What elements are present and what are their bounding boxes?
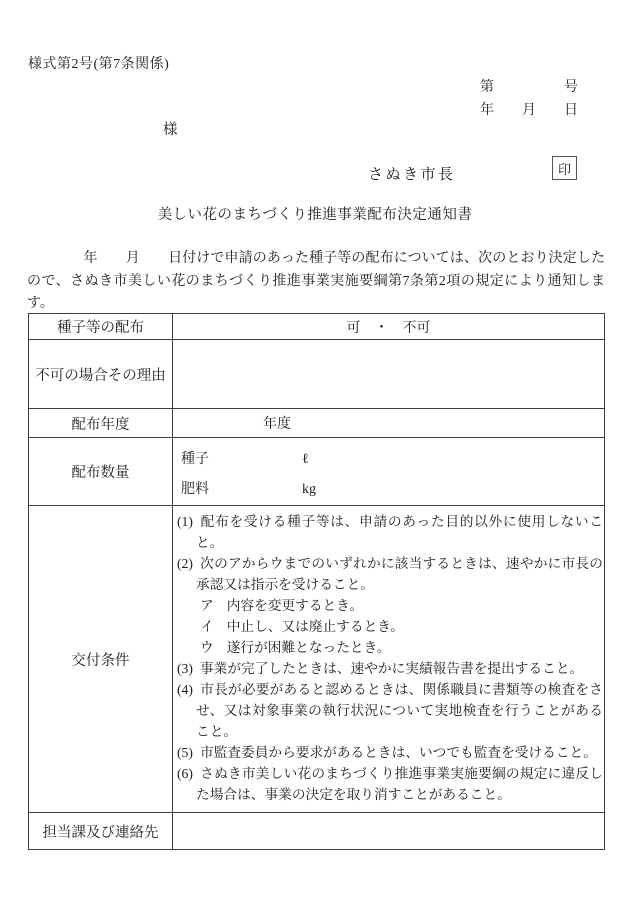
condition-number: イ bbox=[200, 619, 214, 634]
table-row-reason: 不可の場合その理由 bbox=[29, 340, 604, 409]
condition-text: 内容を変更するとき。 bbox=[227, 598, 363, 613]
form-table: 種子等の配布 可 ・ 不可 不可の場合その理由 配布年度 年度 配布数量 種子 … bbox=[28, 313, 605, 850]
condition-subitem-a: ア内容を変更するとき。 bbox=[177, 595, 604, 616]
row-value-quantity: 種子 ℓ 肥料 kg bbox=[173, 438, 604, 505]
quantity-line-fertilizer: 肥料 kg bbox=[181, 475, 604, 505]
row-label-distribution: 種子等の配布 bbox=[29, 314, 173, 339]
condition-number: (5) bbox=[177, 745, 193, 760]
condition-item-1: (1)配布を受ける種子等は、申請のあった目的以外に使用しないこと。 bbox=[177, 511, 604, 553]
date-line: 年 月 日 bbox=[480, 99, 578, 119]
row-label-fiscal-year: 配布年度 bbox=[29, 409, 173, 437]
row-value-distribution: 可 ・ 不可 bbox=[173, 314, 604, 339]
quantity-line-seed: 種子 ℓ bbox=[181, 445, 604, 475]
condition-item-2: (2)次のアからウまでのいずれかに該当するときは、速やかに市長の承認又は指示を受… bbox=[177, 553, 604, 595]
table-row-conditions: 交付条件 (1)配布を受ける種子等は、申請のあった目的以外に使用しないこと。 (… bbox=[29, 506, 604, 813]
condition-text: 遂行が困難となったとき。 bbox=[227, 640, 391, 655]
condition-text: 配布を受ける種子等は、申請のあった目的以外に使用しないこと。 bbox=[196, 514, 603, 550]
date-year-label: 年 bbox=[480, 99, 494, 119]
table-row-quantity: 配布数量 種子 ℓ 肥料 kg bbox=[29, 438, 604, 506]
table-row-contact: 担当課及び連絡先 bbox=[29, 813, 604, 849]
condition-item-5: (5)市監査委員から要求があるときは、いつでも監査を受けること。 bbox=[177, 742, 604, 763]
condition-item-6: (6)さぬき市美しい花のまちづくり推進事業実施要綱の規定に違反した場合は、事業の… bbox=[177, 763, 604, 805]
quantity-unit-fertilizer: kg bbox=[302, 475, 316, 505]
condition-number: (2) bbox=[177, 556, 193, 571]
row-value-conditions: (1)配布を受ける種子等は、申請のあった目的以外に使用しないこと。 (2)次のア… bbox=[173, 506, 604, 812]
table-row-fiscal-year: 配布年度 年度 bbox=[29, 409, 604, 438]
condition-text: さぬき市美しい花のまちづくり推進事業実施要綱の規定に違反した場合は、事業の決定を… bbox=[196, 766, 603, 802]
condition-subitem-u: ウ遂行が困難となったとき。 bbox=[177, 637, 604, 658]
doc-number-suffix: 号 bbox=[564, 76, 578, 96]
condition-text: 市長が必要があると認めるときは、関係職員に書類等の検査をさせ、又は対象事業の執行… bbox=[196, 682, 603, 739]
row-value-contact bbox=[173, 813, 604, 849]
condition-number: ア bbox=[200, 598, 214, 613]
row-label-quantity: 配布数量 bbox=[29, 438, 173, 505]
quantity-name-fertilizer: 肥料 bbox=[181, 475, 302, 505]
seal-box: 印 bbox=[552, 156, 577, 180]
table-row-distribution: 種子等の配布 可 ・ 不可 bbox=[29, 314, 604, 340]
body-paragraph: 年 月 日付けで申請のあった種子等の配布については、次のとおり決定したので、さぬ… bbox=[27, 248, 605, 316]
form-number-note: 様式第2号(第7条関係) bbox=[28, 53, 169, 73]
condition-number: (1) bbox=[177, 514, 193, 529]
quantity-name-seed: 種子 bbox=[181, 445, 302, 475]
row-label-conditions: 交付条件 bbox=[29, 506, 173, 812]
condition-number: (4) bbox=[177, 682, 193, 697]
condition-item-4: (4)市長が必要があると認めるときは、関係職員に書類等の検査をさせ、又は対象事業… bbox=[177, 679, 604, 742]
row-value-reason bbox=[173, 340, 604, 408]
sender-name: さぬき市長 bbox=[368, 163, 456, 184]
date-day-label: 日 bbox=[564, 99, 578, 119]
seal-label: 印 bbox=[558, 159, 571, 178]
fiscal-year-suffix: 年度 bbox=[263, 413, 291, 433]
condition-number: (3) bbox=[177, 661, 193, 676]
condition-number: (6) bbox=[177, 766, 193, 781]
condition-text: 中止し、又は廃止するとき。 bbox=[227, 619, 404, 634]
quantity-unit-seed: ℓ bbox=[302, 445, 309, 475]
document-number-line: 第 号 bbox=[480, 76, 578, 96]
document-title: 美しい花のまちづくり推進事業配布決定通知書 bbox=[0, 203, 630, 224]
condition-text: 事業が完了したときは、速やかに実績報告書を提出すること。 bbox=[200, 661, 583, 676]
document-page: 様式第2号(第7条関係) 第 号 年 月 日 様 さぬき市長 印 美しい花のまち… bbox=[0, 0, 630, 915]
row-label-contact: 担当課及び連絡先 bbox=[29, 813, 173, 849]
condition-number: ウ bbox=[200, 640, 214, 655]
condition-item-3: (3)事業が完了したときは、速やかに実績報告書を提出すること。 bbox=[177, 658, 604, 679]
doc-number-prefix: 第 bbox=[480, 76, 494, 96]
row-label-reason: 不可の場合その理由 bbox=[29, 340, 173, 408]
addressee-honorific: 様 bbox=[163, 118, 178, 139]
date-month-label: 月 bbox=[522, 99, 536, 119]
condition-text: 次のアからウまでのいずれかに該当するときは、速やかに市長の承認又は指示を受けるこ… bbox=[196, 556, 603, 592]
row-value-fiscal-year: 年度 bbox=[173, 409, 604, 437]
condition-text: 市監査委員から要求があるときは、いつでも監査を受けること。 bbox=[200, 745, 597, 760]
condition-subitem-i: イ中止し、又は廃止するとき。 bbox=[177, 616, 604, 637]
